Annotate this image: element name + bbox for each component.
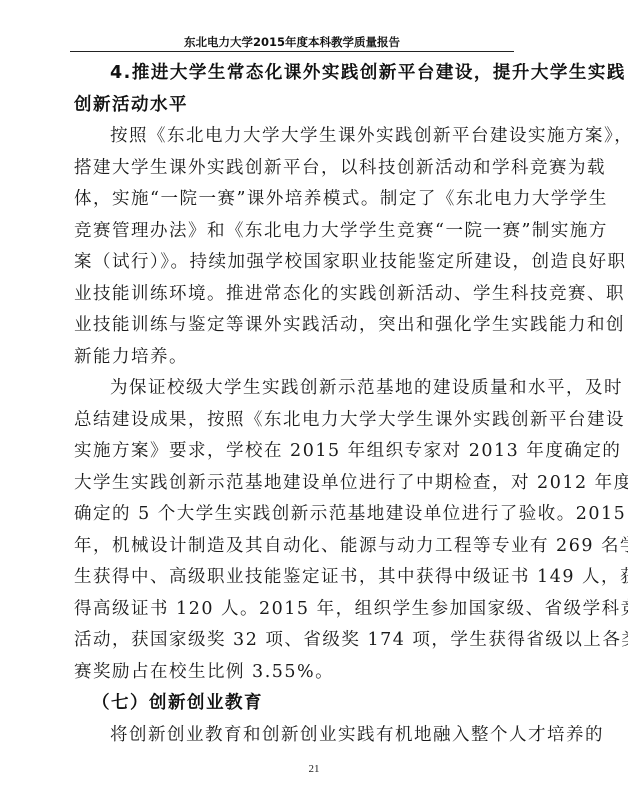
- paragraph-line: 业技能训练与鉴定等课外实践活动，突出和强化学生实践能力和创: [74, 310, 510, 342]
- paragraph-line: 体，实施“一院一赛”课外培养模式。制定了《东北电力大学学生: [74, 184, 510, 216]
- paragraph-demonstration-base: 为保证校级大学生实践创新示范基地的建设质量和水平，及时 总结建设成果，按照《东北…: [74, 373, 510, 688]
- paragraph-line: 业技能训练环境。推进常态化的实践创新活动、学生科技竞赛、职: [74, 279, 510, 311]
- paragraph-line: 搭建大学生课外实践创新平台，以科技创新活动和学科竞赛为载: [74, 153, 510, 185]
- heading-line: 创新活动水平: [74, 90, 510, 122]
- paragraph-line: 生获得中、高级职业技能鉴定证书，其中获得中级证书 149 人，获: [74, 562, 510, 594]
- heading-line: 4.推进大学生常态化课外实践创新平台建设，提升大学生实践: [74, 58, 510, 90]
- paragraph-line: 得高级证书 120 人。2015 年，组织学生参加国家级、省级学科竞赛: [74, 594, 510, 626]
- paragraph-line: 按照《东北电力大学大学生课外实践创新平台建设实施方案》，: [74, 121, 510, 153]
- paragraph-line: 案（试行）》。持续加强学校国家职业技能鉴定所建设，创造良好职: [74, 247, 510, 279]
- paragraph-line: 总结建设成果，按照《东北电力大学大学生课外实践创新平台建设: [74, 405, 510, 437]
- header-divider: [70, 51, 514, 52]
- paragraph-line: 竞赛管理办法》和《东北电力大学学生竞赛“一院一赛”制实施方: [74, 216, 510, 248]
- section-7-heading: （七）创新创业教育: [74, 688, 510, 720]
- paragraph-line: 赛奖励占在校生比例 3.55%。: [74, 657, 510, 689]
- paragraph-innovation-education: 将创新创业教育和创新创业实践有机地融入整个人才培养的: [74, 720, 510, 752]
- paragraph-line: 实施方案》要求，学校在 2015 年组织专家对 2013 年度确定的 6 个: [74, 436, 510, 468]
- page-body: 4.推进大学生常态化课外实践创新平台建设，提升大学生实践 创新活动水平 按照《东…: [74, 58, 510, 751]
- paragraph-line: 新能力培养。: [74, 342, 510, 374]
- paragraph-line: 为保证校级大学生实践创新示范基地的建设质量和水平，及时: [74, 373, 510, 405]
- paragraph-line: 将创新创业教育和创新创业实践有机地融入整个人才培养的: [74, 720, 510, 752]
- paragraph-line: 大学生实践创新示范基地建设单位进行了中期检查，对 2012 年度: [74, 468, 510, 500]
- page-number: 21: [0, 763, 628, 775]
- section-4-heading: 4.推进大学生常态化课外实践创新平台建设，提升大学生实践 创新活动水平: [74, 58, 510, 121]
- paragraph-line: 年，机械设计制造及其自动化、能源与动力工程等专业有 269 名学: [74, 531, 510, 563]
- paragraph-line: 确定的 5 个大学生实践创新示范基地建设单位进行了验收。2015: [74, 499, 510, 531]
- paragraph-platform-construction: 按照《东北电力大学大学生课外实践创新平台建设实施方案》， 搭建大学生课外实践创新…: [74, 121, 510, 373]
- paragraph-line: 活动，获国家级奖 32 项、省级奖 174 项，学生获得省级以上各类竞: [74, 625, 510, 657]
- running-header: 东北电力大学2015年度本科教学质量报告: [70, 34, 514, 50]
